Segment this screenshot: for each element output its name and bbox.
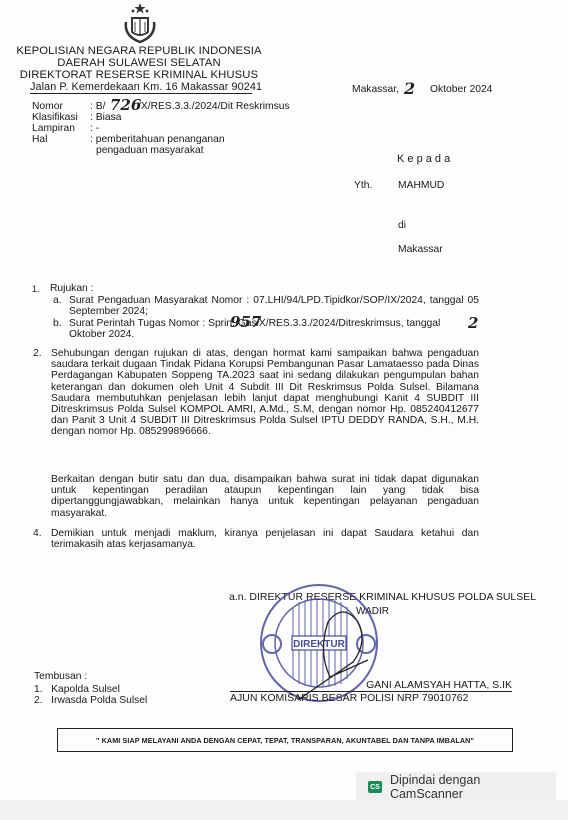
motto-box: " KAMI SIAP MELAYANI ANDA DENGAN CEPAT, … [57,728,513,752]
police-emblem-icon [118,2,162,46]
point-1b-handwritten-day: 2 [468,314,478,332]
point-1-number: 1. [32,284,40,295]
point-1a-text: Surat Pengaduan Masyarakat Nomor : 07.LH… [69,295,479,317]
klasifikasi-value: : Biasa [90,112,121,123]
lampiran-label: Lampiran [32,123,75,134]
nomor-label: Nomor [32,101,63,112]
motto-text: " KAMI SIAP MELAYANI ANDA DENGAN CEPAT, … [96,736,474,745]
recipient-di: di [398,220,406,231]
hal-value-1: : pemberitahuan penanganan [90,134,225,145]
klasifikasi-label: Klasifikasi [32,112,78,123]
letterhead-line-3: DIREKTORAT RESERSE KRIMINAL KHUSUS [4,69,274,81]
nomor-prefix: : B/ [90,101,105,112]
date-month-year: Oktober 2024 [430,84,492,95]
lampiran-value: : - [90,123,99,134]
point-4-number: 4. [33,528,42,539]
letterhead-line-2: DAERAH SULAWESI SELATAN [4,57,274,69]
scanned-letter-page: KEPOLISIAN NEGARA REPUBLIK INDONESIA DAE… [0,0,568,800]
letterhead-line-1: KEPOLISIAN NEGARA REPUBLIK INDONESIA [4,45,274,57]
date-city: Makassar, [352,84,399,95]
point-3-text: Berkaitan dengan butir satu dan dua, dis… [51,474,479,519]
letterhead-address: Jalan P. Kemerdekaan Km. 16 Makassar 902… [30,81,252,94]
tembusan-item-1: 1. Kapolda Sulsel [34,684,120,695]
point-1b-suffix: /X/RES.3.3./2024/Ditreskrimsus, tanggal [256,318,440,329]
nomor-suffix: /X/RES.3.3./2024/Dit Reskrimsus [138,101,290,112]
point-4-text: Demikian untuk menjadi maklum, kiranya p… [51,528,479,550]
point-2-number: 2. [33,348,42,359]
tembusan-title: Tembusan : [34,671,87,682]
point-1b-end: Oktober 2024. [69,329,134,340]
point-2-text: Sehubungan dengan rujukan di atas, denga… [51,348,479,438]
hal-value-2: pengaduan masyarakat [96,145,204,156]
camscanner-text: Dipindai dengan CamScanner [390,773,556,801]
recipient-name: MAHMUD [398,180,444,191]
tembusan-item-2: 2. Irwasda Polda Sulsel [34,695,147,706]
camscanner-watermark: CS Dipindai dengan CamScanner [356,772,556,802]
signer-name: GANI ALAMSYAH HATTA, S.IK [230,680,512,692]
svg-text:DIREKTUR: DIREKTUR [293,639,345,650]
point-1-title: Rujukan : [50,283,94,294]
yth-label: Yth. [354,180,372,191]
point-1b-letter: b. [53,318,62,329]
camscanner-icon: CS [368,781,382,793]
signer-rank: AJUN KOMISARIS BESAR POLISI NRP 79010762 [230,693,469,704]
recipient-city: Makassar [398,244,443,255]
date-day-handwritten: 2 [404,79,415,98]
point-1a-letter: a. [53,295,62,306]
hal-label: Hal [32,134,47,145]
kepada-label: K e p a d a [397,154,450,165]
